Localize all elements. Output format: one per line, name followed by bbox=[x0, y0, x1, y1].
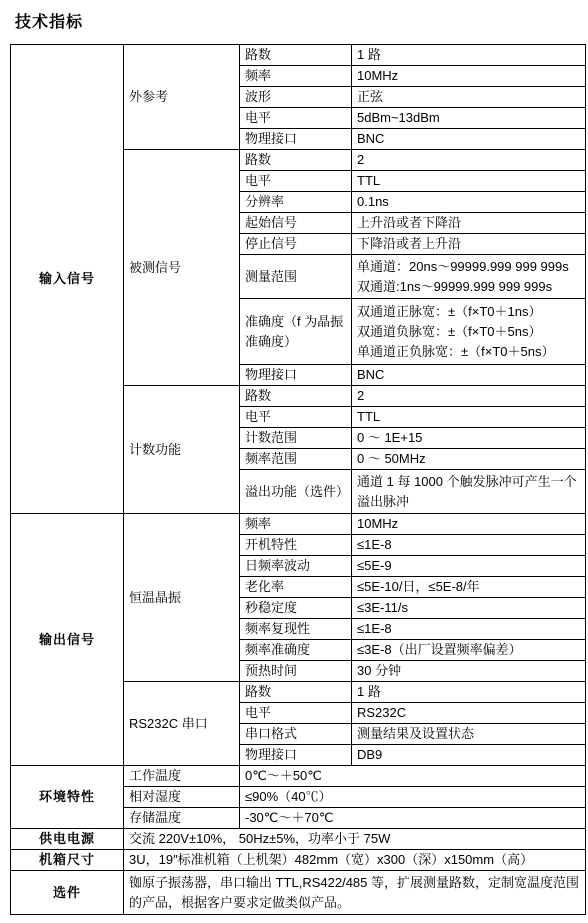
param-value: RS232C bbox=[352, 703, 586, 724]
param-value: DB9 bbox=[352, 745, 586, 766]
param-value: ≤90%（40℃） bbox=[240, 787, 586, 808]
param-label: 频率准确度 bbox=[240, 640, 352, 661]
param-label: 相对湿度 bbox=[124, 787, 240, 808]
group-ocxo: 恒温晶振 bbox=[124, 514, 240, 682]
param-value: 正弦 bbox=[352, 87, 586, 108]
param-value: ≤1E-8 bbox=[352, 619, 586, 640]
param-value: -30℃～＋70℃ bbox=[240, 808, 586, 829]
group-measured-signal: 被测信号 bbox=[124, 150, 240, 386]
param-label: 电平 bbox=[240, 171, 352, 192]
param-label: 频率 bbox=[240, 514, 352, 535]
param-value: ≤3E-11/s bbox=[352, 598, 586, 619]
param-label: 测量范围 bbox=[240, 255, 352, 299]
param-value: 1 路 bbox=[352, 45, 586, 66]
param-label: 波形 bbox=[240, 87, 352, 108]
param-value: 10MHz bbox=[352, 66, 586, 87]
param-label: 路数 bbox=[240, 682, 352, 703]
param-label: 物理接口 bbox=[240, 129, 352, 150]
param-label: 路数 bbox=[240, 45, 352, 66]
param-value: 双通道正脉宽：±（f×T0＋1ns） 双通道负脉宽：±（f×T0＋5ns） 单通… bbox=[352, 299, 586, 365]
param-value: 下降沿或者上升沿 bbox=[352, 234, 586, 255]
param-label: 开机特性 bbox=[240, 535, 352, 556]
param-value: 0℃～＋50℃ bbox=[240, 766, 586, 787]
param-label: 电平 bbox=[240, 407, 352, 428]
param-value: 2 bbox=[352, 386, 586, 407]
param-value: 0 ～ 50MHz bbox=[352, 449, 586, 470]
param-label: 分辨率 bbox=[240, 192, 352, 213]
section-power: 供电电源 bbox=[11, 829, 124, 850]
param-label: 预热时间 bbox=[240, 661, 352, 682]
param-value: ≤5E-9 bbox=[352, 556, 586, 577]
param-label: 电平 bbox=[240, 703, 352, 724]
param-value: ≤1E-8 bbox=[352, 535, 586, 556]
param-label: 路数 bbox=[240, 386, 352, 407]
param-value: ≤3E-8（出厂设置频率偏差） bbox=[352, 640, 586, 661]
param-value: 铷原子振荡器，串口输出 TTL,RS422/485 等，扩展测量路数，定制宽温度… bbox=[124, 871, 586, 915]
spec-table: 输入信号 外参考 路数 1 路 频率 10MHz 波形 正弦 电平 5dBm~1… bbox=[10, 44, 586, 915]
param-value: TTL bbox=[352, 171, 586, 192]
param-label: 溢出功能（选件） bbox=[240, 470, 352, 514]
param-value: 测量结果及设置状态 bbox=[352, 724, 586, 745]
param-value: 通道 1 每 1000 个触发脉冲可产生一个溢出脉冲 bbox=[352, 470, 586, 514]
param-value: 3U，19″标准机箱（上机架）482mm（宽）x300（深）x150mm（高） bbox=[124, 850, 586, 871]
param-value: 单通道：20ns～99999.999 999 999s 双通道:1ns～9999… bbox=[352, 255, 586, 299]
param-label: 频率复现性 bbox=[240, 619, 352, 640]
param-label: 电平 bbox=[240, 108, 352, 129]
param-label: 日频率波动 bbox=[240, 556, 352, 577]
param-value: 0.1ns bbox=[352, 192, 586, 213]
param-value: 交流 220V±10%， 50Hz±5%，功率小于 75W bbox=[124, 829, 586, 850]
param-value: BNC bbox=[352, 365, 586, 386]
param-label: 工作温度 bbox=[124, 766, 240, 787]
param-label: 存储温度 bbox=[124, 808, 240, 829]
section-chassis: 机箱尺寸 bbox=[11, 850, 124, 871]
param-value: 0 ～ 1E+15 bbox=[352, 428, 586, 449]
param-label: 起始信号 bbox=[240, 213, 352, 234]
param-label: 物理接口 bbox=[240, 365, 352, 386]
param-value: TTL bbox=[352, 407, 586, 428]
param-value: 上升沿或者下降沿 bbox=[352, 213, 586, 234]
param-label: 老化率 bbox=[240, 577, 352, 598]
param-value: 1 路 bbox=[352, 682, 586, 703]
param-label: 串口格式 bbox=[240, 724, 352, 745]
param-value: 5dBm~13dBm bbox=[352, 108, 586, 129]
page-title: 技术指标 bbox=[15, 9, 588, 32]
section-environment: 环境特性 bbox=[11, 766, 124, 829]
param-label: 准确度（f 为晶振准确度） bbox=[240, 299, 352, 365]
param-value: 2 bbox=[352, 150, 586, 171]
group-ext-ref: 外参考 bbox=[124, 45, 240, 150]
section-output-signal: 输出信号 bbox=[11, 514, 124, 766]
section-options: 选件 bbox=[11, 871, 124, 915]
param-label: 秒稳定度 bbox=[240, 598, 352, 619]
param-value: ≤5E-10/日，≤5E-8/年 bbox=[352, 577, 586, 598]
param-value: 10MHz bbox=[352, 514, 586, 535]
section-input-signal: 输入信号 bbox=[11, 45, 124, 514]
param-label: 计数范围 bbox=[240, 428, 352, 449]
param-label: 频率范围 bbox=[240, 449, 352, 470]
param-value: BNC bbox=[352, 129, 586, 150]
group-counter: 计数功能 bbox=[124, 386, 240, 514]
param-label: 停止信号 bbox=[240, 234, 352, 255]
param-label: 频率 bbox=[240, 66, 352, 87]
param-value: 30 分钟 bbox=[352, 661, 586, 682]
group-rs232c: RS232C 串口 bbox=[124, 682, 240, 766]
param-label: 路数 bbox=[240, 150, 352, 171]
param-label: 物理接口 bbox=[240, 745, 352, 766]
